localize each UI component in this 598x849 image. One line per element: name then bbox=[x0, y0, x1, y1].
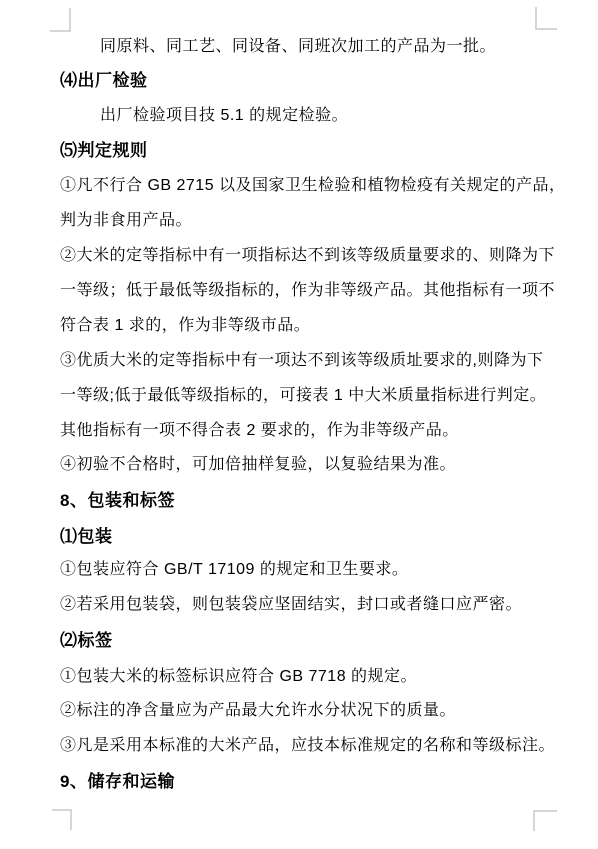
text-boundary-mark-top-right bbox=[535, 7, 557, 30]
subsection-heading-label: ⑵标签 bbox=[60, 630, 113, 652]
paragraph-line: 判为非食用产品。 bbox=[60, 210, 192, 232]
document-page: 同原料、同工艺、同设备、同班次加工的产品为一批。 ⑷出厂检验 出厂检验项目技 5… bbox=[0, 0, 598, 849]
section-heading-factory-inspection: ⑷出厂检验 bbox=[60, 70, 148, 92]
paragraph-line: ①凡不行合 GB 2715 以及国家卫生检验和植物检疫有关规定的产品， bbox=[60, 175, 566, 197]
paragraph-line: 符合表 1 求的，作为非等级市品。 bbox=[60, 315, 310, 337]
section-heading-storage-and-transport: 9、储存和运输 bbox=[60, 771, 175, 793]
paragraph-line: ④初验不合格时，可加倍抽样复验，以复验结果为准。 bbox=[60, 454, 456, 476]
text-boundary-mark-bottom-right bbox=[533, 810, 557, 831]
section-heading-packaging-and-label: 8、包装和标签 bbox=[60, 490, 175, 512]
subsection-heading-packaging: ⑴包装 bbox=[60, 526, 113, 548]
text-boundary-mark-bottom-left bbox=[52, 809, 72, 830]
paragraph-line: ②标注的净含量应为产品最大允许水分状况下的质量。 bbox=[60, 700, 456, 722]
paragraph-line: ①包装大米的标签标识应符合 GB 7718 的规定。 bbox=[60, 666, 417, 688]
paragraph-line: ①包装应符合 GB/T 17109 的规定和卫生要求。 bbox=[60, 559, 408, 581]
paragraph-line: 出厂检验项目技 5.1 的规定检验。 bbox=[60, 105, 348, 127]
text-boundary-mark-top-left bbox=[50, 8, 71, 32]
paragraph-line: 同原料、同工艺、同设备、同班次加工的产品为一批。 bbox=[60, 36, 496, 58]
paragraph-line: ②若采用包装袋，则包装袋应坚固结实，封口或者缝口应严密。 bbox=[60, 594, 522, 616]
paragraph-line: ②大米的定等指标中有一项指标达不到该等级质量要求的、则降为下 bbox=[60, 245, 555, 267]
paragraph-line: ③凡是采用本标准的大米产品，应技本标准规定的名称和等级标注。 bbox=[60, 735, 555, 757]
section-heading-judgment-rules: ⑸判定规则 bbox=[60, 140, 148, 162]
paragraph-line: 其他指标有一项不得合表 2 要求的，作为非等级产品。 bbox=[60, 420, 459, 442]
paragraph-line: 一等级;低于最低等级指标的，可接表 1 中大米质量指标进行判定。 bbox=[60, 385, 546, 407]
paragraph-line: 一等级；低于最低等级指标的，作为非等级产品。其他指标有一项不 bbox=[60, 280, 555, 302]
paragraph-line: ③优质大米的定等指标中有一项达不到该等级质址要求的,则降为下 bbox=[60, 350, 543, 372]
